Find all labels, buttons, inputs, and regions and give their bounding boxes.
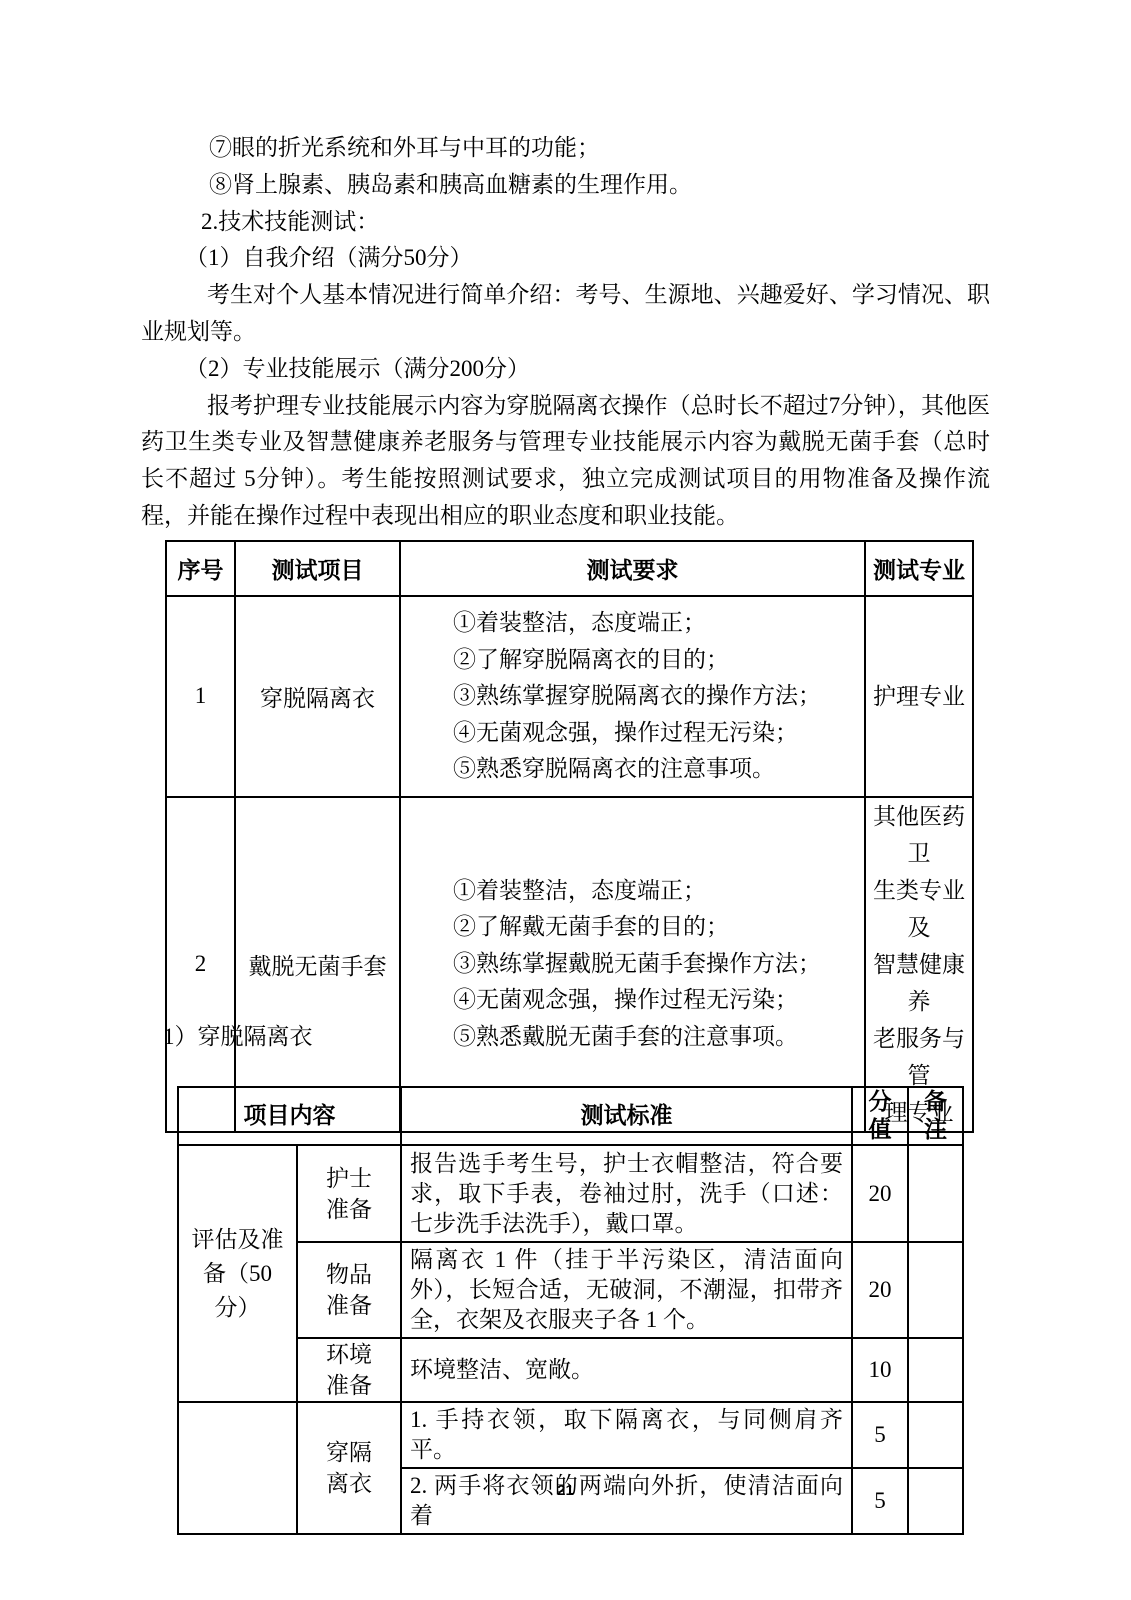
requirements-cell: ①着装整洁，态度端正； ②了解戴无菌手套的目的； ③熟练掌握戴脱无菌手套操作方法… [400, 797, 865, 1132]
group-cell-empty [178, 1402, 297, 1534]
standard-cell: 1. 手持衣领，取下隔离衣，与同侧肩齐平。 [401, 1402, 852, 1468]
document-page: ⑦眼的折光系统和外耳与中耳的功能； ⑧肾上腺素、胰岛素和胰高血糖素的生理作用。 … [0, 0, 1131, 1600]
table-row: 1 穿脱隔离衣 ①着装整洁，态度端正； ②了解穿脱隔离衣的目的； ③熟练掌握穿脱… [166, 596, 973, 797]
list-item-7: ⑦眼的折光系统和外耳与中耳的功能； [141, 130, 990, 167]
requirement-line: ①着装整洁，态度端正； [453, 605, 858, 642]
header-seq-no: 序号 [166, 541, 235, 596]
section-2-heading: 2.技术技能测试： [141, 204, 990, 241]
test-item-cell: 穿脱隔离衣 [235, 596, 400, 797]
score-cell: 5 [852, 1468, 908, 1534]
requirements-cell: ①着装整洁，态度端正； ②了解穿脱隔离衣的目的； ③熟练掌握穿脱隔离衣的操作方法… [400, 596, 865, 797]
requirement-line: ④无菌观念强，操作过程无污染； [453, 715, 858, 752]
standard-cell: 报告选手考生号，护士衣帽整洁，符合要求，取下手表，卷袖过肘，洗手（口述：七步洗手… [401, 1145, 852, 1242]
major-cell: 护理专业 [865, 596, 973, 797]
requirement-line: ④无菌观念强，操作过程无污染； [453, 982, 858, 1019]
score-cell: 5 [852, 1402, 908, 1468]
scoring-criteria-table: 项目内容 测试标准 分 值 备 注 评估及准 备（50 分） 护士 准备 报告选… [177, 1086, 964, 1535]
note-cell [908, 1402, 963, 1468]
subsection-2-heading: （2）专业技能展示（满分200分） [141, 351, 990, 388]
requirement-line: ⑤熟悉穿脱隔离衣的注意事项。 [453, 751, 858, 788]
subsection-1-heading: （1）自我介绍（满分50分） [141, 240, 990, 277]
score-cell: 10 [852, 1338, 908, 1402]
standard-cell: 隔离衣 1 件（挂于半污染区，清洁面向外），长短合适，无破洞，不潮湿，扣带齐全，… [401, 1242, 852, 1338]
header-test-item: 测试项目 [235, 541, 400, 596]
score-cell: 20 [852, 1242, 908, 1338]
note-cell [908, 1242, 963, 1338]
list-item-8: ⑧肾上腺素、胰岛素和胰高血糖素的生理作用。 [141, 167, 990, 204]
table-row: 穿隔 离衣 1. 手持衣领，取下隔离衣，与同侧肩齐平。 5 [178, 1402, 963, 1468]
requirement-line: ①着装整洁，态度端正； [453, 873, 858, 910]
requirement-line: ③熟练掌握穿脱隔离衣的操作方法； [453, 678, 858, 715]
major-cell: 其他医药卫 生类专业及 智慧健康养 老服务与管 理专业 [865, 797, 973, 1132]
requirement-line: ⑤熟悉戴脱无菌手套的注意事项。 [453, 1019, 858, 1056]
standard-cell: 环境整洁、宽敞。 [401, 1338, 852, 1402]
header-remark: 备 注 [908, 1087, 963, 1145]
header-test-major: 测试专业 [865, 541, 973, 596]
header-project-content: 项目内容 [178, 1087, 401, 1145]
requirement-line: ③熟练掌握戴脱无菌手套操作方法； [453, 946, 858, 983]
requirement-line: ②了解穿脱隔离衣的目的； [453, 642, 858, 679]
page-number: 21 [0, 1482, 1131, 1499]
group-cell-assessment-prep: 评估及准 备（50 分） [178, 1145, 297, 1402]
subitem-cell-environment-prep: 环境 准备 [297, 1338, 401, 1402]
header-score: 分 值 [852, 1087, 908, 1145]
table-row: 2 戴脱无菌手套 ①着装整洁，态度端正； ②了解戴无菌手套的目的； ③熟练掌握戴… [166, 797, 973, 1132]
test-item-cell: 戴脱无菌手套 [235, 797, 400, 1132]
subitem-cell-supplies-prep: 物品 准备 [297, 1242, 401, 1338]
seq-no-cell: 2 [166, 797, 235, 1132]
score-cell: 20 [852, 1145, 908, 1242]
seq-no-cell: 1 [166, 596, 235, 797]
table-header-row: 序号 测试项目 测试要求 测试专业 [166, 541, 973, 596]
header-test-standard: 测试标准 [401, 1087, 852, 1145]
header-test-requirements: 测试要求 [400, 541, 865, 596]
subsection-2-paragraph: 报考护理专业技能展示内容为穿脱隔离衣操作（总时长不超过7分钟），其他医药卫生类专… [141, 388, 990, 535]
subsection-1-paragraph: 考生对个人基本情况进行简单介绍：考号、生源地、兴趣爱好、学习情况、职业规划等。 [141, 277, 990, 351]
subitem-cell-don-gown: 穿隔 离衣 [297, 1402, 401, 1534]
subitem-cell-nurse-prep: 护士 准备 [297, 1145, 401, 1242]
requirement-line: ②了解戴无菌手套的目的； [453, 909, 858, 946]
body-text-block: ⑦眼的折光系统和外耳与中耳的功能； ⑧肾上腺素、胰岛素和胰高血糖素的生理作用。 … [141, 130, 990, 535]
standard-cell: 2. 两手将衣领的两端向外折，使清洁面向着 [401, 1468, 852, 1534]
section-1-title: 1）穿脱隔离衣 [163, 1018, 313, 1055]
table-row: 评估及准 备（50 分） 护士 准备 报告选手考生号，护士衣帽整洁，符合要求，取… [178, 1145, 963, 1242]
note-cell [908, 1338, 963, 1402]
table-header-row: 项目内容 测试标准 分 值 备 注 [178, 1087, 963, 1145]
note-cell [908, 1145, 963, 1242]
note-cell [908, 1468, 963, 1534]
